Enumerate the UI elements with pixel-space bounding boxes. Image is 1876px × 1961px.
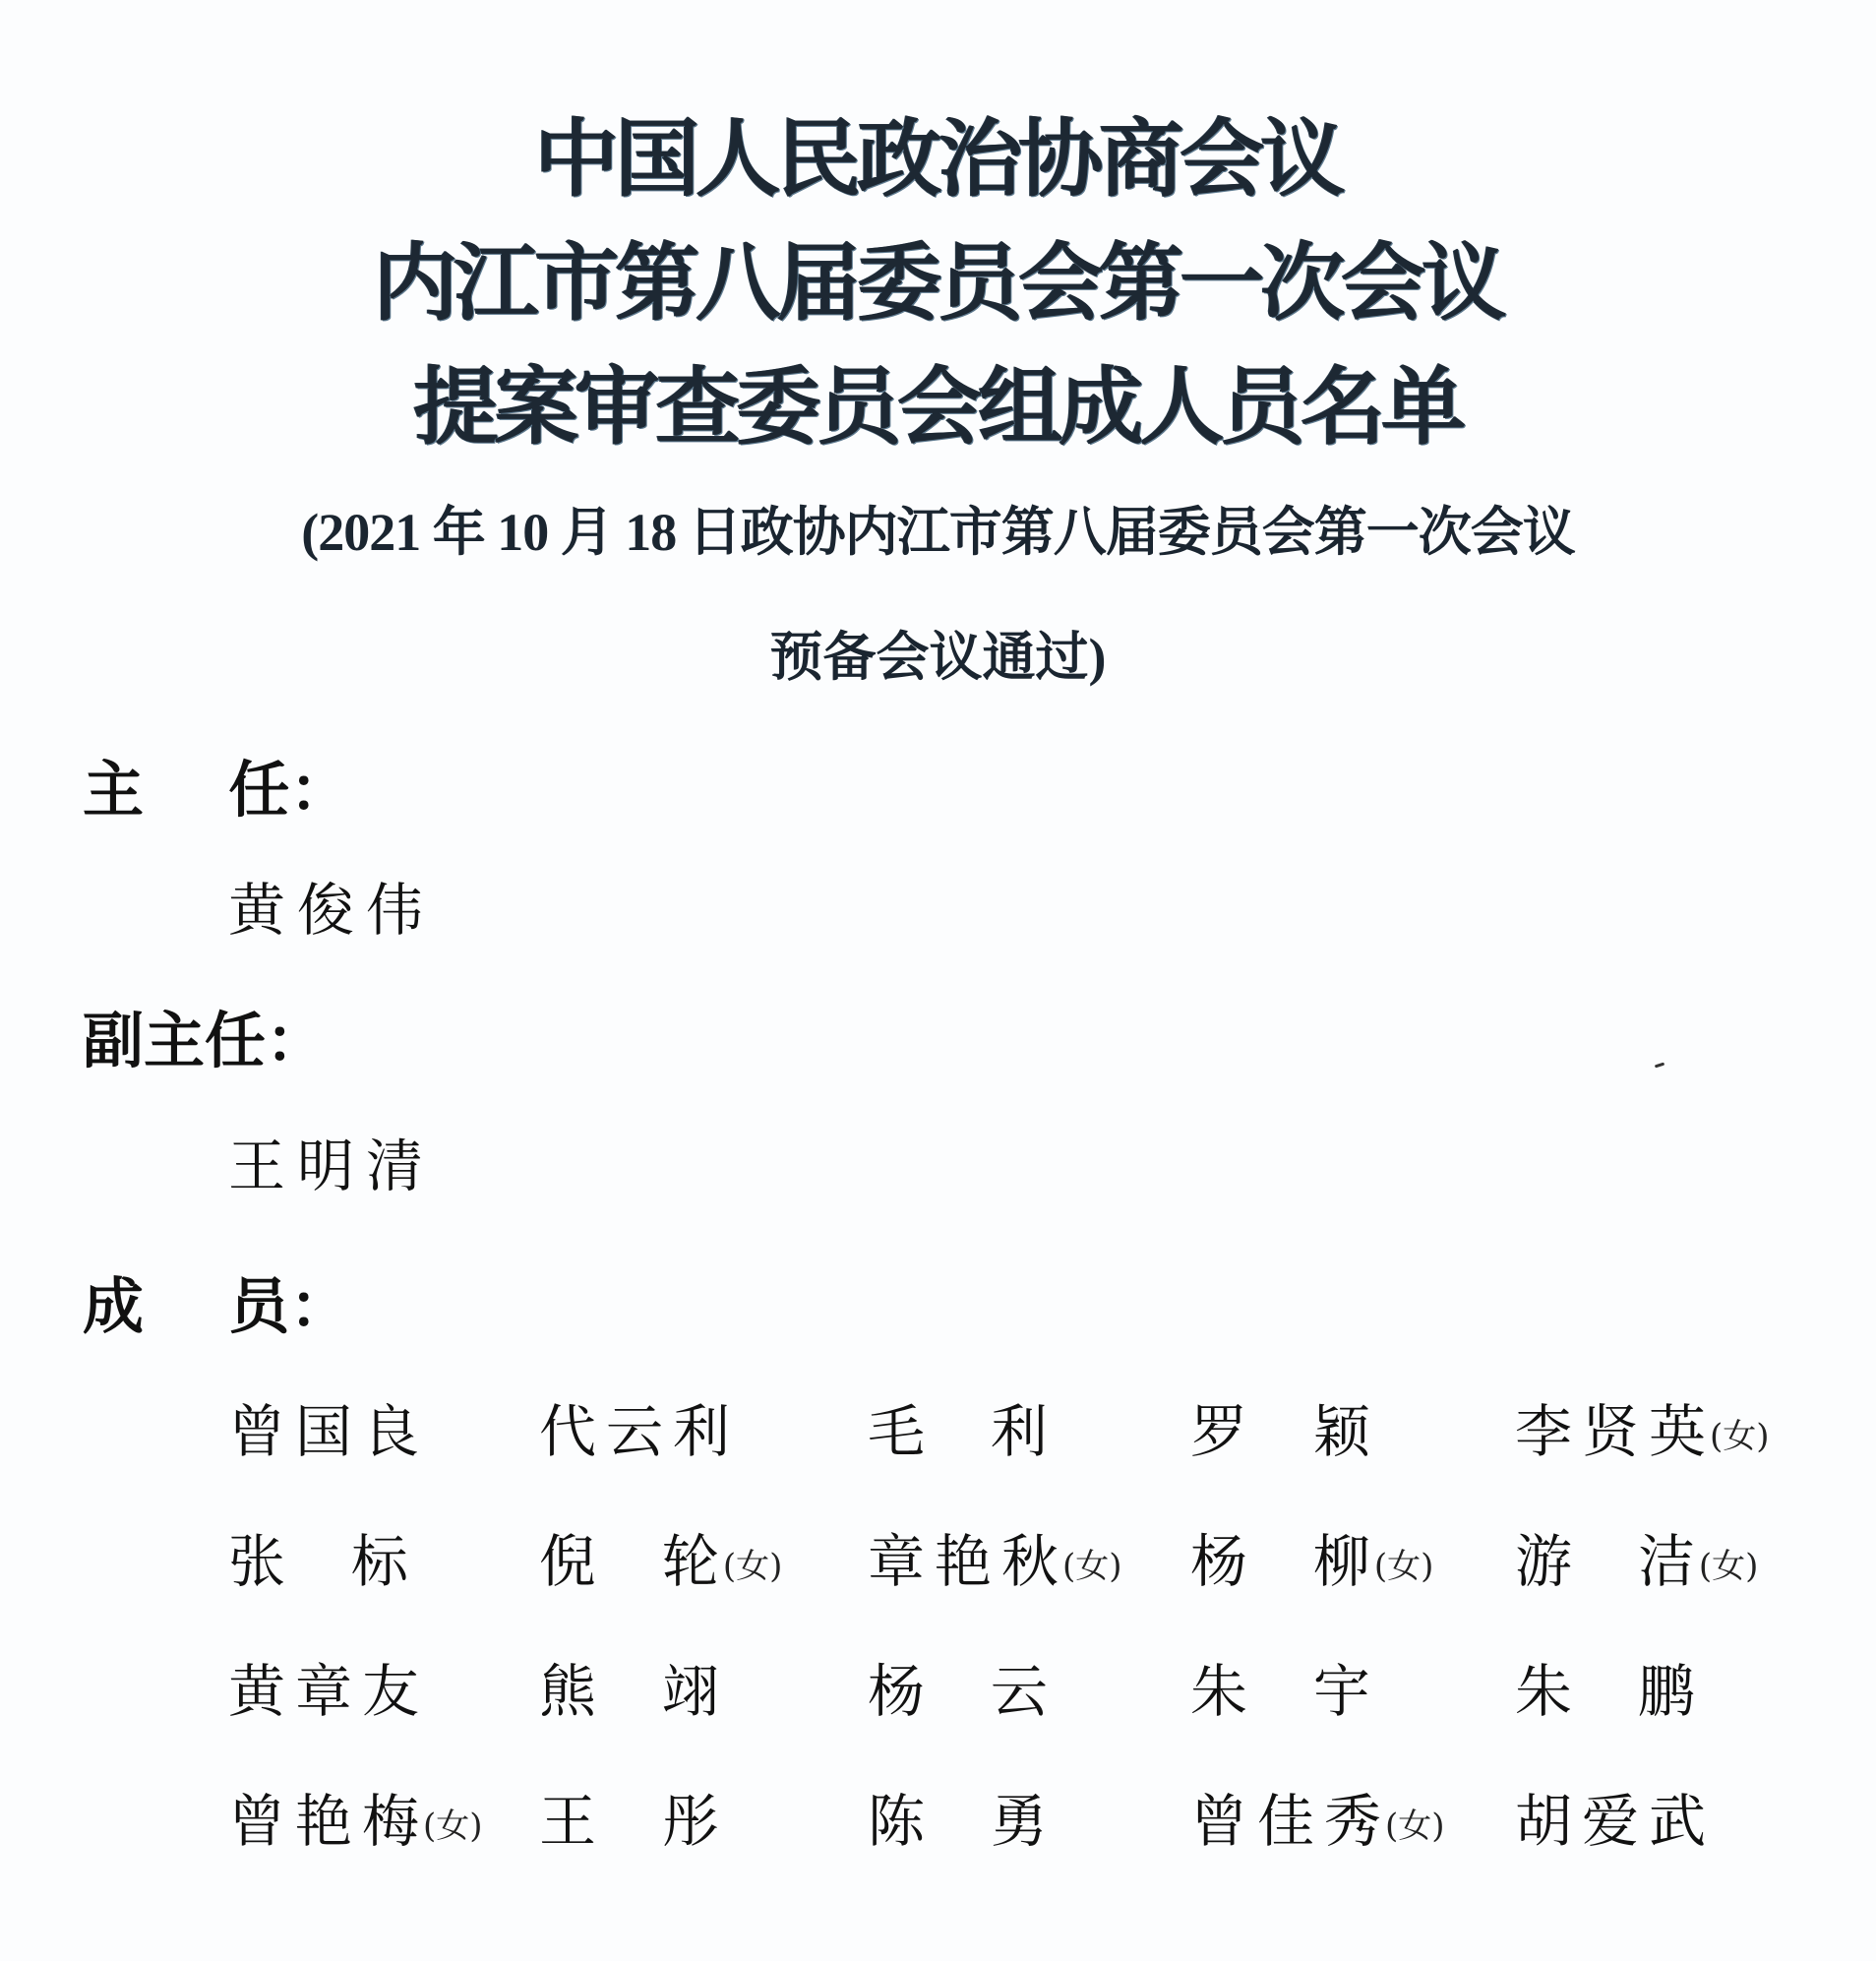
title-line-2: 内江市第八届委员会第一次会议 [0,214,1876,337]
female-marker: (女) [1710,1417,1770,1456]
female-marker: (女) [1374,1547,1434,1586]
member-item: 曾国良 [228,1385,429,1468]
deputy-director-name: 王明清 [228,1120,435,1202]
deputy-director-heading: 副主任： [83,992,327,1079]
members-heading: 成 员： [83,1257,350,1345]
member-item: 代云利 [539,1385,740,1468]
member-name: 毛 利 [868,1398,1058,1465]
member-name: 曾国良 [228,1398,429,1465]
member-name: 杨 云 [868,1658,1058,1725]
title-line-1: 中国人民政治协商会议 [0,91,1876,213]
member-name: 章艳秋 [868,1528,1068,1595]
title-line-3: 提案审查委员会组成人员名单 [0,338,1876,460]
member-name: 游 洁 [1515,1528,1705,1595]
member-item: 杨 柳(女) [1190,1515,1433,1598]
member-name: 张 标 [228,1528,418,1595]
member-name: 黄章友 [228,1658,429,1725]
member-name: 熊 翊 [539,1658,729,1725]
member-name: 朱 鹏 [1515,1658,1705,1725]
member-item: 罗 颖 [1190,1385,1380,1468]
female-marker: (女) [1385,1807,1445,1846]
member-item: 朱 鹏 [1515,1645,1705,1728]
female-marker: (女) [423,1807,483,1846]
member-item: 胡爱武 [1515,1775,1716,1858]
subtitle-line-1: (2021 年 10 月 18 日政协内江市第八届委员会第一次会议 [0,490,1876,566]
member-item: 陈 勇 [868,1775,1058,1858]
female-marker: (女) [1699,1547,1759,1586]
member-item: 黄章友 [228,1645,429,1728]
member-name: 倪 轮 [539,1528,729,1595]
member-item: 毛 利 [868,1385,1058,1468]
member-name: 王 彤 [539,1788,729,1855]
female-marker: (女) [723,1547,783,1586]
member-item: 游 洁(女) [1515,1515,1758,1598]
female-marker: (女) [1062,1547,1122,1586]
member-name: 罗 颖 [1190,1398,1380,1465]
member-name: 曾佳秀 [1190,1788,1391,1855]
member-name: 胡爱武 [1515,1788,1716,1855]
member-item: 李贤英(女) [1515,1385,1770,1468]
member-item: 曾佳秀(女) [1190,1775,1445,1858]
member-item: 章艳秋(女) [868,1515,1122,1598]
member-item: 王 彤 [539,1775,729,1858]
director-heading: 主 任： [83,741,350,828]
member-item: 倪 轮(女) [539,1515,782,1598]
member-name: 陈 勇 [868,1788,1058,1855]
director-name: 黄俊伟 [228,864,435,947]
scan-speck [1655,1063,1664,1069]
member-name: 杨 柳 [1190,1528,1380,1595]
member-item: 杨 云 [868,1645,1058,1728]
member-item: 朱 宇 [1190,1645,1380,1728]
member-item: 熊 翊 [539,1645,729,1728]
subtitle-line-2: 预备会议通过) [0,615,1876,691]
member-item: 曾艳梅(女) [228,1775,483,1858]
member-name: 李贤英 [1515,1398,1716,1465]
member-name: 朱 宇 [1190,1658,1380,1725]
member-item: 张 标 [228,1515,418,1598]
member-name: 代云利 [539,1398,740,1465]
member-name: 曾艳梅 [228,1788,429,1855]
